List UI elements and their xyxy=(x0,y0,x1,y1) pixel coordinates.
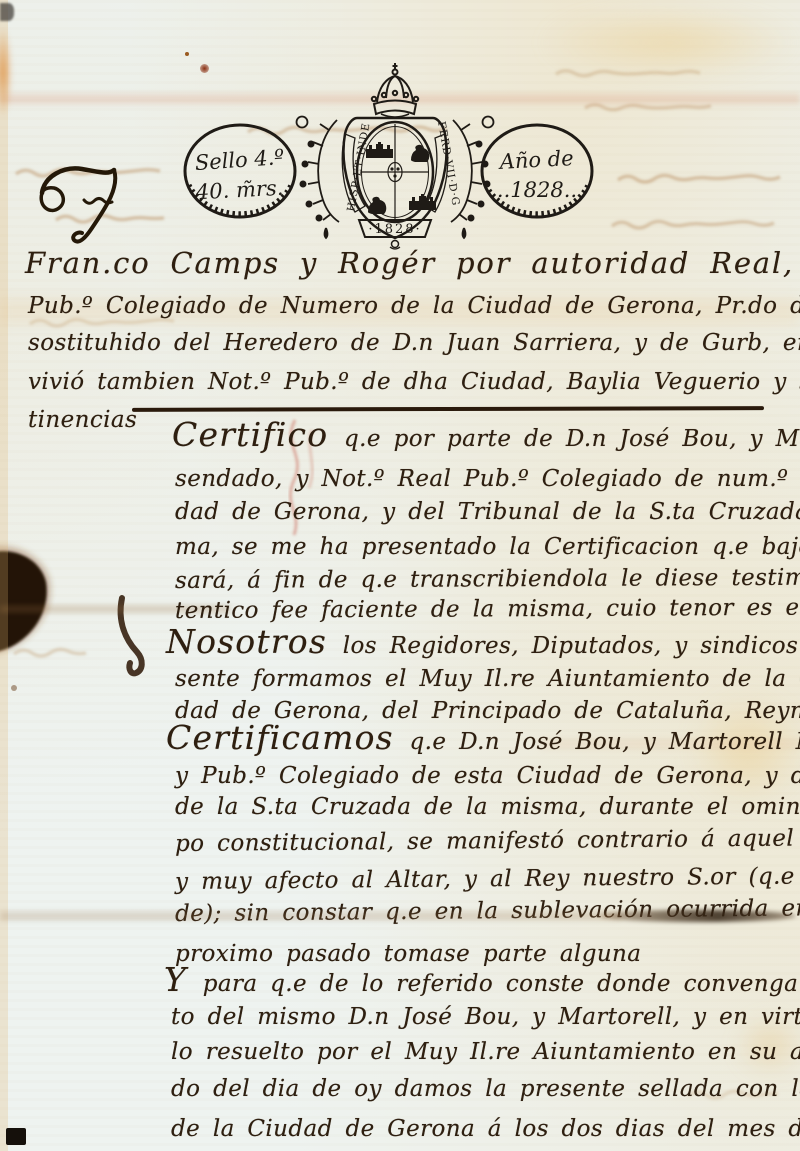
year-stamp-oval: Año de ..1828.. xyxy=(478,120,596,222)
line-text: Fran.co Camps y Rogér por autoridad Real… xyxy=(25,246,800,280)
line-text: de); sin constar q.e en la sublevación o… xyxy=(175,895,800,927)
burn-stain-left-edge xyxy=(0,545,142,691)
stamp-fee-amount: 40. m̃rs. xyxy=(194,176,284,205)
line-text: lo resuelto por el Muy Il.re Aiuntamient… xyxy=(171,1039,800,1065)
stamp-fee-class: Sello 4.º xyxy=(194,145,285,175)
ink-speck-small xyxy=(185,52,189,56)
left-edge-tint xyxy=(0,0,8,1151)
manuscript-line: Pub.º Colegiado de Numero de la Ciudad d… xyxy=(25,282,800,321)
manuscript-line: lo resuelto por el Muy Il.re Aiuntamient… xyxy=(168,1028,800,1067)
corner-mark-top-left xyxy=(0,3,14,21)
manuscript-line: dad de Gerona, y del Tribunal de la S.ta… xyxy=(172,488,800,527)
manuscript-line: Fran.co Camps y Rogér por autoridad Real… xyxy=(22,242,800,281)
manuscript-line: po constitucional, se manifestó contrari… xyxy=(172,814,800,859)
line-text: tinencias xyxy=(28,407,137,433)
line-lead: Certifico xyxy=(172,415,328,454)
manuscript-line: de); sin constar q.e en la sublevación o… xyxy=(172,884,800,929)
laurel-branch-icon xyxy=(297,117,340,239)
manuscript-line: to del mismo D.n José Bou, y Martorell, … xyxy=(168,993,800,1032)
line-text: sostituhido del Heredero de D.n Juan Sar… xyxy=(28,330,800,356)
ink-speck xyxy=(200,64,209,73)
paragraph-rule xyxy=(132,406,764,412)
document-page: Sello 4.º 40. m̃rs. HISP·ET·INDE xyxy=(0,0,800,1151)
stain-orange-left-edge xyxy=(0,26,12,118)
manuscript-line: de la Ciudad de Gerona á los dos dias de… xyxy=(168,1105,800,1144)
line-text: tentico fee faciente de la misma, cuio t… xyxy=(175,594,800,624)
royal-coat-of-arms: HISP·ET·INDE FERD·VII·D·G ·1828· xyxy=(293,60,497,250)
line-text: to del mismo D.n José Bou, y Martorell, … xyxy=(171,1004,800,1030)
line-text: do del dia de oy damos la presente sella… xyxy=(171,1076,800,1102)
banner-year-label: ·1828· xyxy=(368,222,421,237)
stamp-year-value: ..1828.. xyxy=(497,178,577,202)
corner-registration-mark xyxy=(6,1128,26,1145)
manuscript-line: do del dia de oy damos la presente sella… xyxy=(168,1065,800,1104)
stain-top-right xyxy=(540,8,800,78)
manuscript-line: Certifico q.e por parte de D.n José Bou,… xyxy=(172,415,800,454)
royal-crown-icon xyxy=(372,63,418,114)
line-text: dad de Gerona, y del Tribunal de la S.ta… xyxy=(175,499,800,525)
line-text: Pub.º Colegiado de Numero de la Ciudad d… xyxy=(28,293,800,319)
line-text: de la Ciudad de Gerona á los dos dias de… xyxy=(171,1116,800,1142)
line-text: vivió tambien Not.º Pub.º de dha Ciudad,… xyxy=(28,369,800,395)
fee-stamp-oval: Sello 4.º 40. m̃rs. xyxy=(181,121,299,222)
manuscript-line: tentico fee faciente de la misma, cuio t… xyxy=(172,583,800,626)
manuscript-line: sostituhido del Heredero de D.n Juan Sar… xyxy=(25,319,800,358)
manuscript-line: vivió tambien Not.º Pub.º de dha Ciudad,… xyxy=(25,358,800,397)
stamp-year-label: Año de xyxy=(497,146,574,174)
manuscript-line: tinencias xyxy=(25,396,137,435)
line-text: q.e por parte de D.n José Bou, y Martore… xyxy=(331,426,800,452)
line-text: po constitucional, se manifestó contrari… xyxy=(175,825,800,857)
